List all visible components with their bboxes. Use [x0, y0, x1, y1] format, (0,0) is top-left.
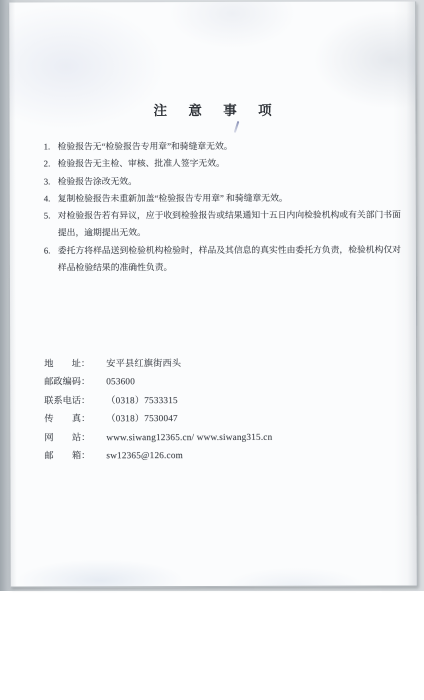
- contact-value: （0318）7530047: [106, 413, 178, 423]
- document-paper: 注 意 事 项 1.检验报告无“检验报告专用章”和骑缝章无效。 2.检验报告无主…: [9, 1, 418, 587]
- note-number: 5.: [44, 208, 58, 225]
- contact-label: 地 址：: [44, 354, 106, 373]
- contact-value: （0318）7533315: [106, 395, 178, 405]
- note-number: 4.: [44, 190, 58, 207]
- contact-value: sw12365@126.com: [106, 450, 183, 460]
- note-number: 3.: [44, 173, 58, 190]
- document-title: 注 意 事 项: [9, 98, 415, 119]
- contact-label: 传 真：: [44, 409, 106, 428]
- contact-line: 邮政编码：053600: [44, 372, 384, 391]
- note-text: 复制检验报告未重新加盖“检验报告专用章” 和骑缝章无效。: [58, 193, 288, 204]
- contact-value: www.siwang12365.cn/ www.siwang315.cn: [106, 431, 272, 441]
- contact-line: 地 址：安平县红旗街西头: [44, 354, 384, 373]
- note-number: 1.: [44, 138, 58, 155]
- contact-line: 传 真：（0318）7530047: [44, 409, 384, 428]
- note-text: 检验报告无主检、审核、批准人签字无效。: [58, 158, 225, 168]
- note-item: 3.检验报告涂改无效。: [44, 172, 402, 190]
- note-number: 6.: [44, 242, 58, 259]
- note-text: 委托方将样品送到检验机构检验时，样品及其信息的真实性由委托方负责，检验机构仅对样…: [58, 244, 401, 272]
- note-item: 2.检验报告无主检、审核、批准人签字无效。: [44, 155, 402, 173]
- contact-label: 邮政编码：: [44, 373, 106, 392]
- contact-line: 网 站：www.siwang12365.cn/ www.siwang315.cn: [44, 427, 384, 446]
- note-text: 检验报告涂改无效。: [58, 176, 137, 186]
- contact-line: 联系电话：（0318）7533315: [44, 390, 384, 409]
- contact-line: 邮 箱：sw12365@126.com: [44, 446, 384, 465]
- note-text: 检验报告无“检验报告专用章”和骑缝章无效。: [58, 141, 233, 151]
- note-item: 1.检验报告无“检验报告专用章”和骑缝章无效。: [44, 138, 402, 156]
- note-number: 2.: [44, 156, 58, 173]
- note-item: 4.复制检验报告未重新加盖“检验报告专用章” 和骑缝章无效。: [44, 189, 402, 207]
- scanned-page: 注 意 事 项 1.检验报告无“检验报告专用章”和骑缝章无效。 2.检验报告无主…: [0, 0, 424, 700]
- contact-label: 联系电话：: [44, 391, 106, 410]
- note-item: 5.对检验报告若有异议，应于收到检验报告或结果通知十五日内向检验机构或有关部门书…: [44, 207, 402, 243]
- note-item: 6.委托方将样品送到检验机构检验时，样品及其信息的真实性由委托方负责，检验机构仅…: [44, 241, 402, 277]
- notes-list: 1.检验报告无“检验报告专用章”和骑缝章无效。 2.检验报告无主检、审核、批准人…: [44, 138, 402, 277]
- contact-label: 网 站：: [44, 428, 106, 447]
- contact-value: 安平县红旗街西头: [106, 358, 181, 368]
- contact-block: 地 址：安平县红旗街西头 邮政编码：053600 联系电话：（0318）7533…: [44, 354, 384, 465]
- contact-label: 邮 箱：: [44, 446, 106, 465]
- contact-value: 053600: [106, 377, 135, 387]
- note-text: 对检验报告若有异议，应于收到检验报告或结果通知十五日内向检验机构或有关部门书面提…: [58, 210, 401, 238]
- pen-mark: [234, 121, 240, 133]
